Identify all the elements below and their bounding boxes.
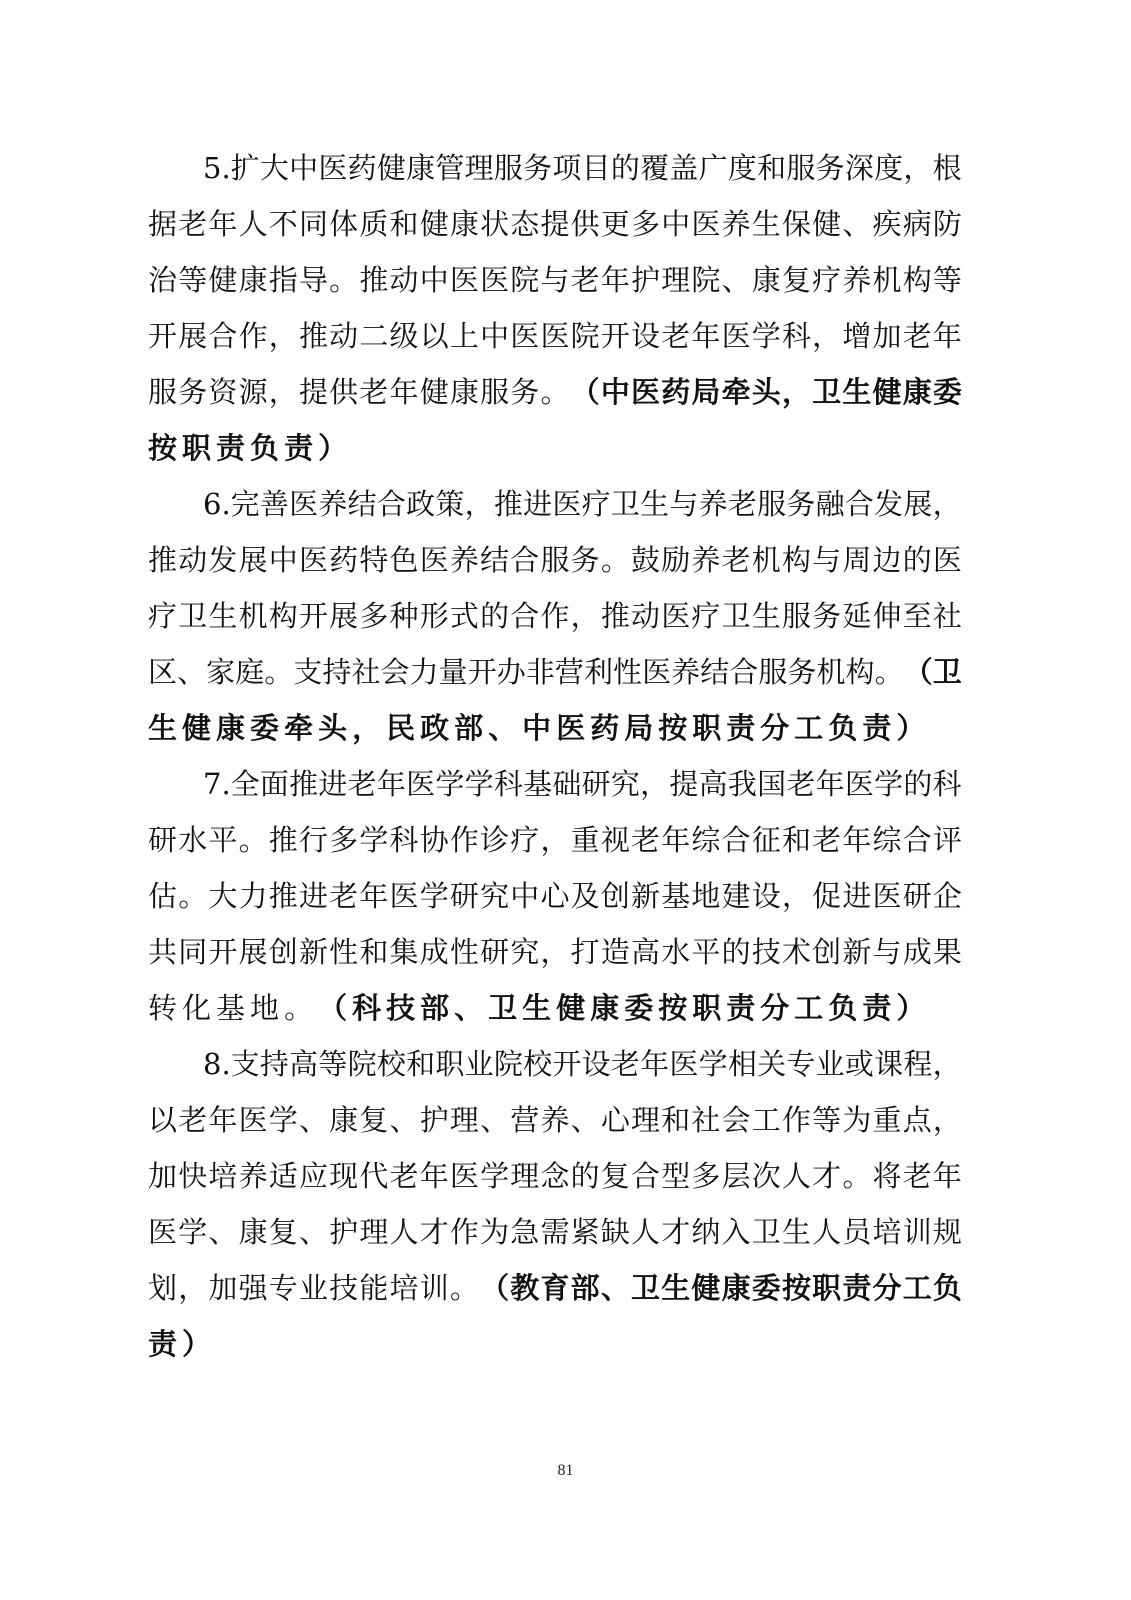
text-line: 7.全面推进老年医学学科基础研究，提高我国老年医学的科: [203, 764, 962, 804]
text-line: 估。大力推进老年医学研究中心及创新基地建设，促进医研企: [148, 876, 962, 916]
document-page: 5.扩大中医药健康管理服务项目的覆盖广度和服务深度，根 据老年人不同体质和健康状…: [0, 0, 1131, 1600]
text-line: 责）: [148, 1324, 962, 1364]
text-line: 5.扩大中医药健康管理服务项目的覆盖广度和服务深度，根: [203, 148, 962, 188]
text-line: 加快培养适应现代老年医学理念的复合型多层次人才。将老年: [148, 1156, 962, 1196]
text-line: 共同开展创新性和集成性研究，打造高水平的技术创新与成果: [148, 932, 962, 972]
text-line: 划，加强专业技能培训。（教育部、卫生健康委按职责分工负: [148, 1268, 962, 1308]
text-line: 转化基地。（科技部、卫生健康委按职责分工负责）: [148, 988, 962, 1028]
text-line: 研水平。推行多学科协作诊疗，重视老年综合征和老年综合评: [148, 820, 962, 860]
text-line: 区、家庭。支持社会力量开办非营利性医养结合服务机构。（卫: [148, 652, 962, 692]
page-number: 81: [0, 1462, 1131, 1480]
text-line: 开展合作，推动二级以上中医医院开设老年医学科，增加老年: [148, 316, 962, 356]
text-line: 6.完善医养结合政策，推进医疗卫生与养老服务融合发展，: [203, 484, 962, 524]
text-line: 按职责负责）: [148, 428, 962, 468]
text-line: 服务资源，提供老年健康服务。（中医药局牵头，卫生健康委: [148, 372, 962, 412]
text-line: 以老年医学、康复、护理、营养、心理和社会工作等为重点，: [148, 1100, 962, 1140]
text-line: 8.支持高等院校和职业院校开设老年医学相关专业或课程，: [203, 1044, 962, 1084]
text-line: 医学、康复、护理人才作为急需紧缺人才纳入卫生人员培训规: [148, 1212, 962, 1252]
text-line: 生健康委牵头，民政部、中医药局按职责分工负责）: [148, 708, 962, 748]
text-line: 疗卫生机构开展多种形式的合作，推动医疗卫生服务延伸至社: [148, 596, 962, 636]
text-line: 推动发展中医药特色医养结合服务。鼓励养老机构与周边的医: [148, 540, 962, 580]
text-line: 据老年人不同体质和健康状态提供更多中医养生保健、疾病防: [148, 204, 962, 244]
text-line: 治等健康指导。推动中医医院与老年护理院、康复疗养机构等: [148, 260, 962, 300]
